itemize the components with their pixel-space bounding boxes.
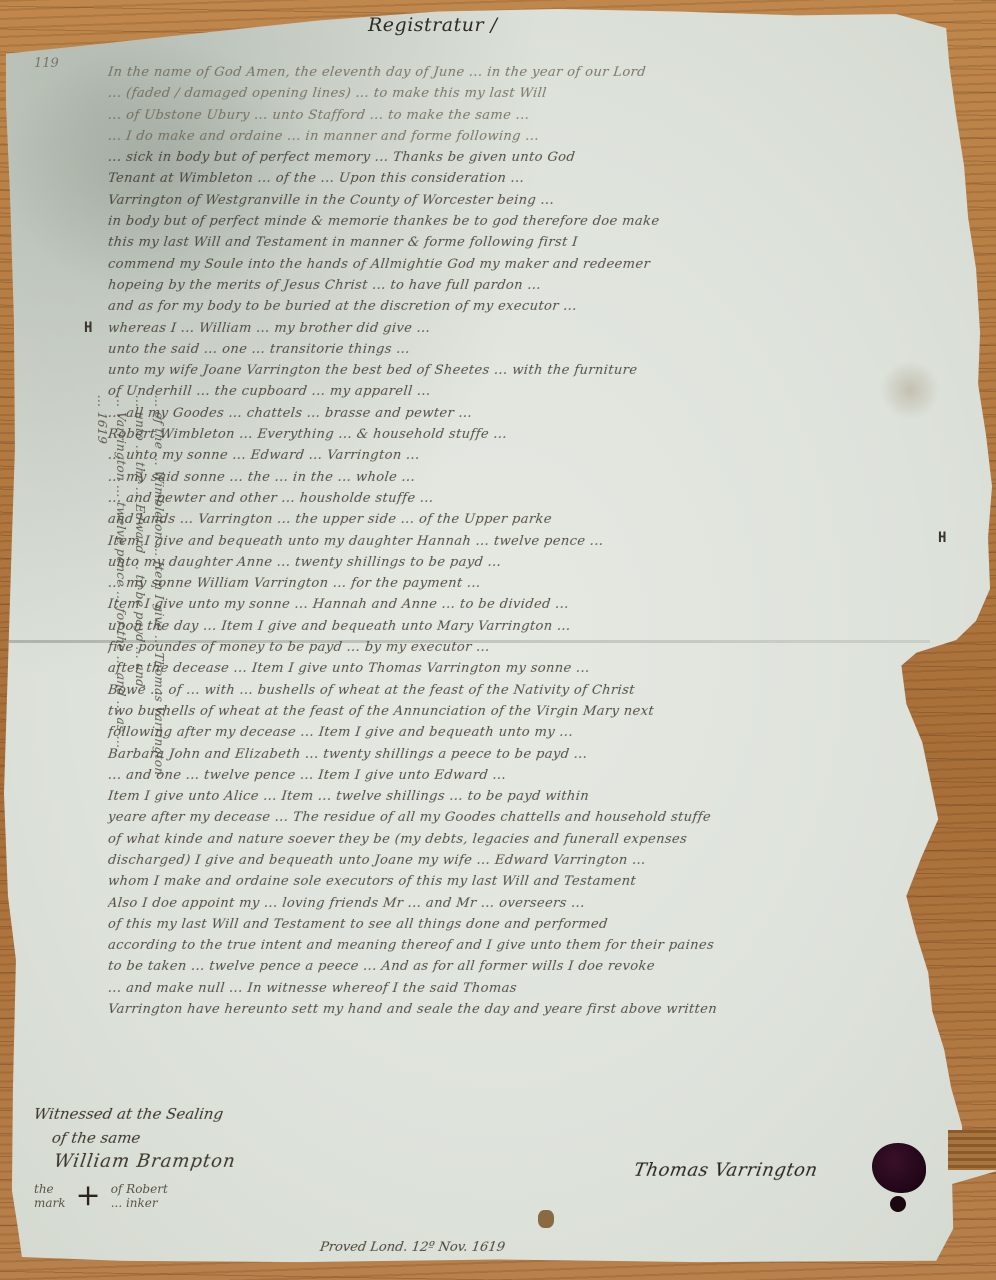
body-line: to be taken ... twelve pence a peece ...… bbox=[107, 956, 924, 977]
probate-note: Proved Lond. 12º Nov. 1619 bbox=[319, 1240, 506, 1255]
body-line: Item I give unto Alice ... Item ... twel… bbox=[107, 786, 924, 807]
body-line: whom I make and ordaine sole executors o… bbox=[107, 871, 924, 892]
body-line: Varrington of Westgranville in the Count… bbox=[107, 190, 924, 211]
body-line: ... my sonne William Varrington ... for … bbox=[107, 573, 924, 594]
body-line: in body but of perfect minde & memorie t… bbox=[107, 211, 924, 232]
body-line: unto my daughter Anne ... twenty shillin… bbox=[107, 552, 924, 573]
margin-note-line: ... Varrington ... twelve pence ... for … bbox=[111, 394, 130, 916]
body-line: of this my last Will and Testament to se… bbox=[107, 914, 924, 935]
body-line: five poundes of money to be payd ... by … bbox=[107, 637, 924, 658]
mark-label: mark bbox=[34, 1196, 66, 1210]
mark-label: of Robert bbox=[111, 1182, 168, 1196]
body-line: unto the said ... one ... transitorie th… bbox=[107, 339, 924, 360]
body-line: and as for my body to be buried at the d… bbox=[107, 296, 924, 317]
body-line: Bowe ... of ... with ... bushells of whe… bbox=[107, 680, 924, 701]
body-line: this my last Will and Testament in manne… bbox=[107, 232, 924, 253]
body-line: Tenant at Wimbleton ... of the ... Upon … bbox=[107, 168, 924, 189]
body-line: of what kinde and nature soever they be … bbox=[107, 829, 924, 850]
body-line: discharged) I give and bequeath unto Joa… bbox=[107, 850, 924, 871]
testator-signature: Thomas Varrington bbox=[632, 1160, 819, 1181]
body-line: of Underhill ... the cupboard ... my app… bbox=[107, 381, 924, 402]
margin-note-line: ... 1619 bbox=[92, 394, 111, 916]
margin-note-line: ... of the ... Wimbleton ... Item I give… bbox=[149, 394, 168, 916]
witness-signature: William Brampton bbox=[52, 1150, 335, 1174]
body-line: ... and one ... twelve pence ... Item I … bbox=[107, 765, 924, 786]
witness-mark: the mark + of Robert ... inker bbox=[34, 1182, 334, 1210]
ink-blot bbox=[538, 1210, 554, 1228]
mark-label: the bbox=[34, 1182, 66, 1196]
body-line: yeare after my decease ... The residue o… bbox=[107, 807, 924, 828]
body-line: according to the true intent and meaning… bbox=[107, 935, 924, 956]
body-line: In the name of God Amen, the eleventh da… bbox=[107, 62, 924, 83]
body-line: Item I give unto my sonne ... Hannah and… bbox=[107, 594, 924, 615]
body-line: Also I doe appoint my ... loving friends… bbox=[107, 893, 924, 914]
will-body-text: In the name of God Amen, the eleventh da… bbox=[108, 62, 923, 1020]
body-line: following after my decease ... Item I gi… bbox=[107, 722, 924, 743]
body-line: Robert Wimbleton ... Everything ... & ho… bbox=[107, 424, 924, 445]
wood-visible-patch bbox=[948, 1130, 996, 1170]
parchment-document: Registratur / 119 In the name of God Ame… bbox=[0, 0, 996, 1280]
body-line: and lands ... Varrington ... the upper s… bbox=[107, 509, 924, 530]
body-line: Varrington have hereunto sett my hand an… bbox=[107, 999, 924, 1020]
body-line: ... (faded / damaged opening lines) ... … bbox=[107, 83, 924, 104]
body-line: ... I do make and ordaine ... in manner … bbox=[107, 126, 924, 147]
witness-attestation: Witnessed at the Sealing of the same Wil… bbox=[34, 1102, 334, 1210]
body-line: Barbara John and Elizabeth ... twenty sh… bbox=[107, 744, 924, 765]
margin-mark: H bbox=[938, 530, 946, 546]
wax-seal-icon bbox=[872, 1143, 926, 1193]
body-line: ... unto my sonne ... Edward ... Varring… bbox=[107, 445, 924, 466]
margin-mark: H bbox=[84, 320, 92, 336]
body-line: commend my Soule into the hands of Allmi… bbox=[107, 254, 924, 275]
body-line: after the decease ... Item I give unto T… bbox=[107, 658, 924, 679]
witness-line: of the same bbox=[50, 1126, 335, 1150]
body-line: ... all my Goodes ... chattels ... brass… bbox=[107, 403, 924, 424]
cross-mark-icon: + bbox=[76, 1183, 101, 1209]
body-line: hopeing by the merits of Jesus Christ ..… bbox=[107, 275, 924, 296]
body-line: ... and make null ... In witnesse whereo… bbox=[107, 978, 924, 999]
vertical-margin-note: ... of the ... Wimbleton ... Item I give… bbox=[38, 395, 168, 915]
body-line: whereas I ... William ... my brother did… bbox=[107, 318, 924, 339]
margin-note-line: ... unto ... the ... Edward ... to be pa… bbox=[130, 394, 149, 916]
witness-line: Witnessed at the Sealing bbox=[32, 1102, 335, 1126]
body-line: ... my said sonne ... the ... in the ...… bbox=[107, 467, 924, 488]
body-line: Item I give and bequeath unto my daughte… bbox=[107, 531, 924, 552]
mark-label: ... inker bbox=[111, 1196, 168, 1210]
body-line: upon the day ... Item I give and bequeat… bbox=[107, 616, 924, 637]
folio-number: 119 bbox=[34, 56, 59, 71]
body-line: ... and pewter and other ... housholde s… bbox=[107, 488, 924, 509]
body-line: unto my wife Joane Varrington the best b… bbox=[107, 360, 924, 381]
body-line: ... of Ubstone Ubury ... unto Stafford .… bbox=[107, 105, 924, 126]
document-header-title: Registratur / bbox=[368, 14, 497, 36]
wax-drip bbox=[890, 1196, 906, 1212]
body-line: two bushells of wheat at the feast of th… bbox=[107, 701, 924, 722]
body-line: ... sick in body but of perfect memory .… bbox=[107, 147, 924, 168]
